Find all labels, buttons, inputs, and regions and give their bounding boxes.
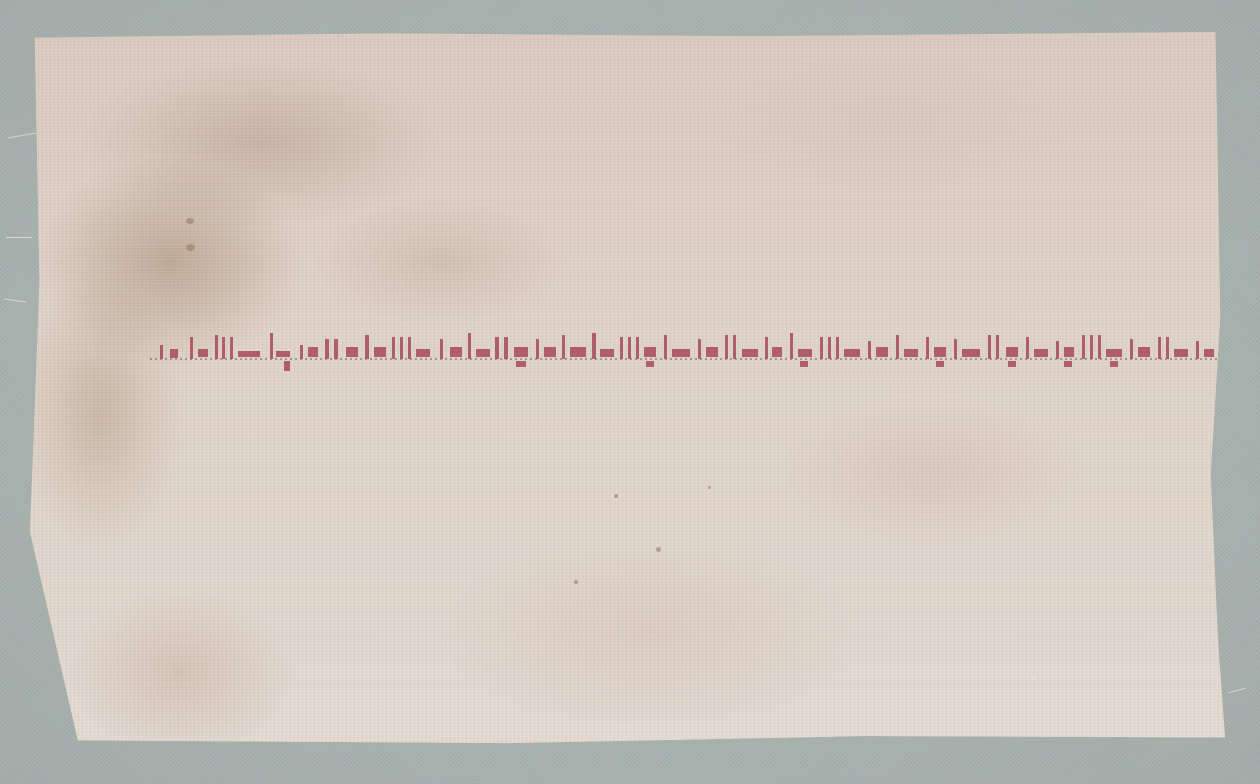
fabric-nub — [1030, 676, 1035, 680]
stain-spot — [656, 547, 661, 552]
linen-fragment — [30, 32, 1225, 746]
stain-spot — [614, 494, 618, 498]
stain-spot — [574, 580, 578, 584]
textile-photograph — [0, 0, 1260, 784]
embroidered-inscription-band — [150, 325, 1220, 385]
stain-spot — [186, 244, 195, 251]
stain-spot — [708, 486, 711, 489]
loose-thread — [8, 133, 36, 139]
loose-thread — [6, 237, 32, 238]
stain-spot — [186, 218, 194, 224]
loose-thread — [4, 298, 26, 302]
loose-thread — [1228, 688, 1246, 694]
